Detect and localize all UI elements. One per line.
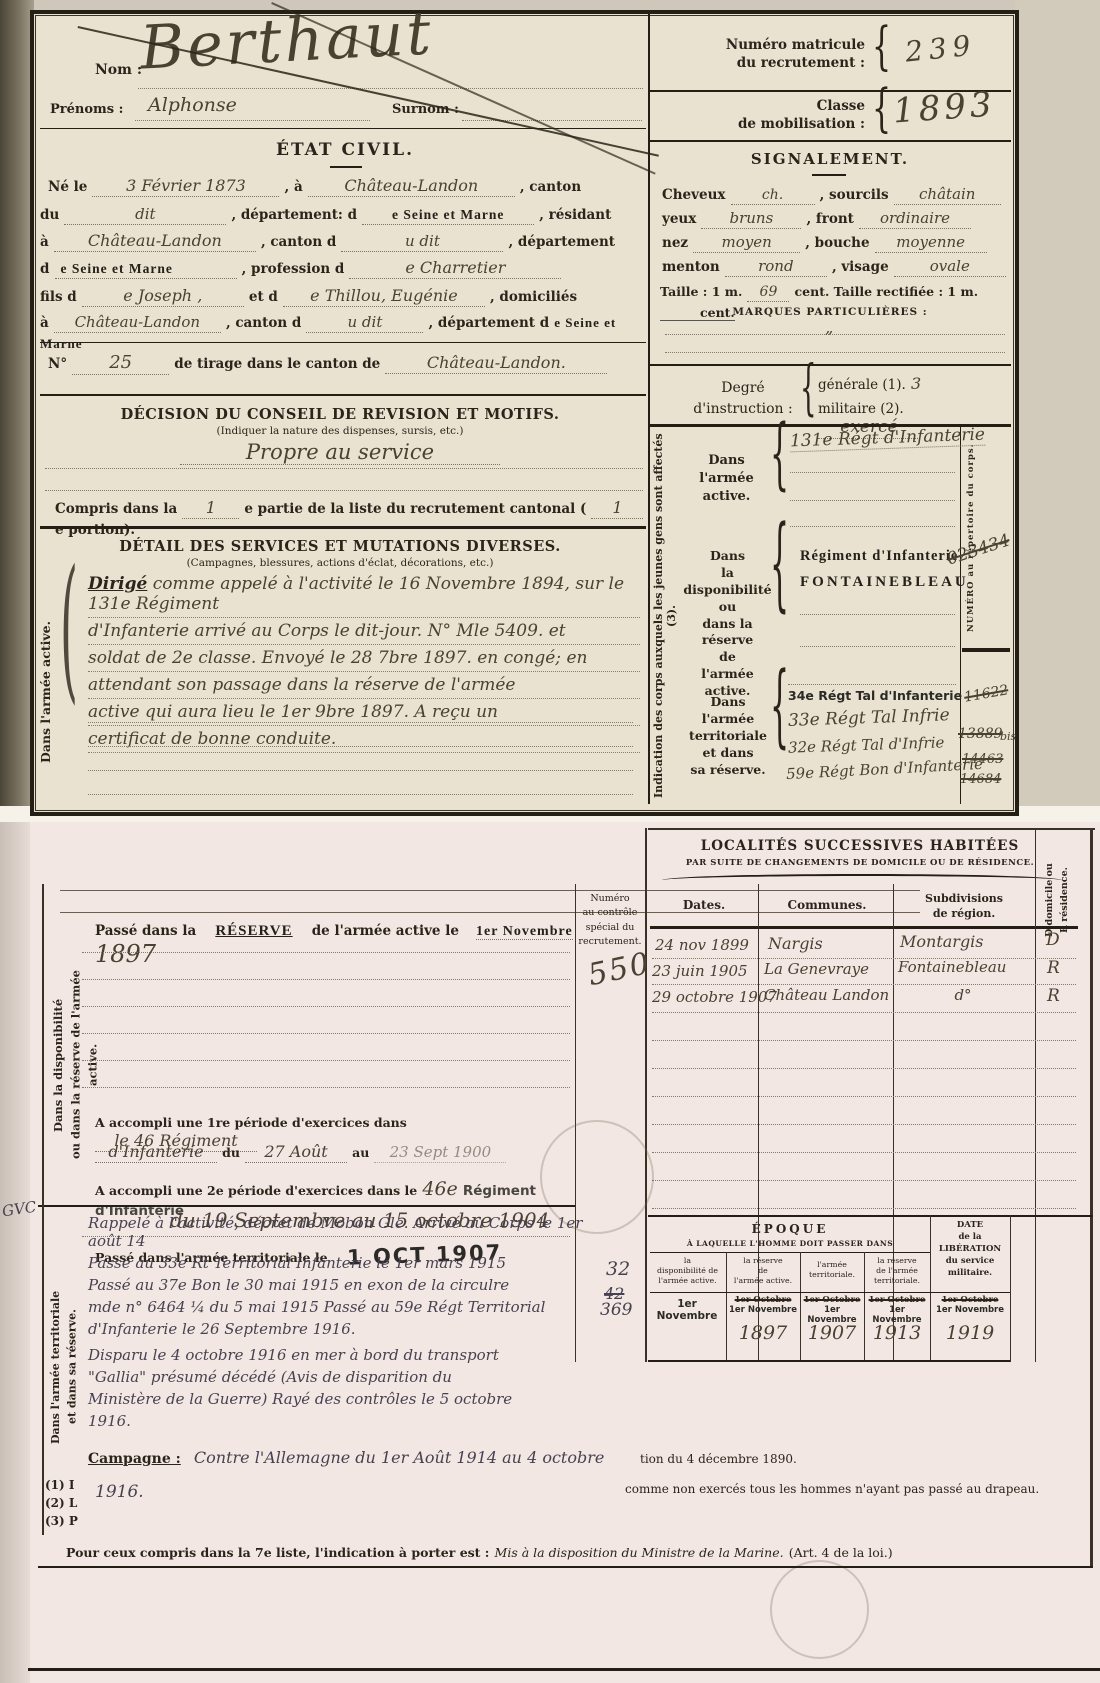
signalement-row-1: Cheveux ch. , sourcils châtain xyxy=(662,184,1010,205)
localites-title: LOCALITÉS SUCCESSIVES HABITÉES xyxy=(655,838,1065,854)
r2b: , front xyxy=(807,211,854,227)
res-dot-3 xyxy=(82,1006,570,1007)
loc-row2-dr: R xyxy=(1047,958,1060,978)
ep-col2-months: 1er Octobre 1er Novembre xyxy=(728,1295,798,1315)
g1-brace: { xyxy=(770,410,789,501)
postmark-2 xyxy=(770,1560,869,1659)
res-dot-1 xyxy=(82,952,570,953)
g3-label: Dans l'armée territoriale et dans sa rés… xyxy=(684,694,772,778)
loc-top-line xyxy=(648,828,1095,830)
marques-dot-1 xyxy=(665,334,1005,335)
p1h3: 27 Août xyxy=(245,1142,347,1163)
compris-a: Compris dans la xyxy=(55,501,177,517)
nom-underline xyxy=(138,88,643,89)
marques-dot-2 xyxy=(665,352,1005,353)
r3h: moyen xyxy=(693,233,800,253)
detail-title: DÉTAIL DES SERVICES ET MUTATIONS DIVERSE… xyxy=(70,538,610,555)
l3c: , département xyxy=(509,234,615,250)
l3h: Château-Landon xyxy=(54,231,256,252)
tirage-h: 25 xyxy=(72,352,169,375)
l4b: , profession d xyxy=(242,261,345,277)
degre-generale: générale (1). 3 xyxy=(818,374,1008,393)
r2h: bruns xyxy=(701,209,801,229)
r4h2: ovale xyxy=(894,257,1006,277)
ep-vline-4 xyxy=(930,1215,931,1362)
l1a: Né le xyxy=(48,179,87,195)
classe-rule xyxy=(650,140,1011,142)
terr-line-7: "Gallia" présumé décédé (Avis de dispari… xyxy=(88,1366,600,1388)
detail-lead: Dirigé xyxy=(88,574,147,594)
g2-label: Dans la disponibilité ou dans la réserve… xyxy=(680,548,775,700)
scan-edge-left-lower xyxy=(0,822,30,1683)
g3-num-2bis: bis xyxy=(1000,730,1016,743)
terr-side-num-1: 32 xyxy=(606,1258,630,1280)
g2-dot-1 xyxy=(800,614,955,615)
l6h2: u dit xyxy=(306,313,423,333)
ep-col1-month: 1er Novembre xyxy=(648,1298,726,1322)
g1-dot-2 xyxy=(790,500,955,501)
l2s: e Seine et Marne xyxy=(362,207,534,225)
surnom-underline xyxy=(462,120,642,121)
etat-civil-line-6: à Château-Landon , canton d u dit , dépa… xyxy=(40,312,646,352)
detail-text: Dirigé comme appelé à l'activité le 16 N… xyxy=(88,574,640,753)
l5h2: e Thillou, Eugénie xyxy=(283,286,485,307)
tirage-b: de tirage dans le canton de xyxy=(174,356,380,372)
footer-note-2: comme non exercés tous les hommes n'ayan… xyxy=(625,1482,1095,1496)
l5c: , domiciliés xyxy=(490,289,577,305)
detail-dot-4 xyxy=(88,794,633,795)
corps-numero-tick xyxy=(962,648,1010,652)
terr-line-4: mde n° 6464 ¼ du 5 mai 1915 Passé au 59e… xyxy=(88,1296,600,1318)
epoque-top-rule xyxy=(648,1215,1093,1217)
ep-col4-header: la réserve de l'armée territoriale. xyxy=(866,1256,928,1286)
passe-year: 1897 xyxy=(95,940,156,968)
corps-numero-divider xyxy=(960,427,961,804)
loc-dot-3 xyxy=(652,1012,1076,1013)
degre-g-value: 3 xyxy=(911,374,921,393)
localites-subtitle: PAR SUITE DE CHANGEMENTS DE DOMICILE OU … xyxy=(655,858,1065,868)
r1b: , sourcils xyxy=(820,187,889,203)
ep-col2-oct: 1er Octobre xyxy=(728,1295,798,1305)
passe-a: Passé dans la xyxy=(95,923,196,939)
compris-h2: 1 xyxy=(591,498,643,519)
signalement-row-4: menton rond , visage ovale xyxy=(662,256,1010,277)
terr-line-2: Passé au 33e Rt Territorial Infanterie l… xyxy=(88,1252,600,1274)
g2-dot-2 xyxy=(800,646,955,647)
terr-line-5: d'Infanterie le 26 Septembre 1916. xyxy=(88,1318,600,1340)
campagne-end: 1916. xyxy=(95,1482,144,1502)
g1-label: Dans l'armée active. xyxy=(684,452,769,507)
taille-a: Taille : 1 m. xyxy=(660,284,742,299)
detail-dot-2 xyxy=(88,746,633,747)
r1h: ch. xyxy=(731,187,815,205)
corps-margin-label: Indication des corps auxquels les jeunes… xyxy=(652,432,678,800)
loc-row1-dr: D xyxy=(1046,930,1060,950)
loc-dot-7 xyxy=(652,1124,1076,1125)
compris-line: Compris dans la 1 e partie de la liste d… xyxy=(55,498,645,538)
ep-year-1897: 1897 xyxy=(728,1322,798,1344)
g3-num-3: 14463 xyxy=(962,752,1003,767)
p1h2: d'Infanterie xyxy=(95,1142,217,1163)
scan-strip-right xyxy=(1015,0,1100,806)
document-page: Nom : Berthaut Prénoms : Alphonse Surnom… xyxy=(0,0,1100,1683)
matricule-label: Numéro matricule du recrutement : xyxy=(660,36,865,72)
classe-brace: { xyxy=(872,80,891,140)
terr-line-6: Disparu le 4 octobre 1916 en mer à bord … xyxy=(88,1340,600,1366)
classe-value: 1893 xyxy=(892,84,997,131)
etat-civil-line-3: à Château-Landon , canton d u dit , dépa… xyxy=(40,231,646,252)
p1a: A accompli une 1re période d'exercices d… xyxy=(95,1115,407,1130)
ep-col3-months: 1er Octobre 1er Novembre xyxy=(802,1295,862,1325)
etat-civil-underline xyxy=(330,166,362,168)
terr-top-rule xyxy=(38,1205,575,1207)
l5a: fils d xyxy=(40,289,77,305)
loc-row2-commune: La Genevraye xyxy=(764,960,869,978)
footnote-3: (3) P xyxy=(45,1514,78,1528)
ep-col3-oct: 1er Octobre xyxy=(802,1295,862,1305)
ep-col5-nov: 1er Novembre xyxy=(932,1305,1008,1315)
loc-dot-1 xyxy=(652,958,1076,959)
detail-line-1-text: comme appelé à l'activité le 16 Novembre… xyxy=(88,574,624,614)
scan-edge-left xyxy=(0,0,34,816)
prenoms-underline xyxy=(135,120,370,121)
p2a: A accompli une 2e période d'exercices da… xyxy=(95,1183,417,1198)
l1b: , à xyxy=(285,179,303,195)
terr-line-9: 1916. xyxy=(88,1410,600,1432)
l2a: du xyxy=(40,207,59,223)
detail-margin-label: Dans l'armée active. xyxy=(38,590,53,795)
passe-reserve-line: Passé dans la RÉSERVE de l'armée active … xyxy=(95,920,635,968)
r2a: yeux xyxy=(662,211,696,227)
g2-stamp-regiment: Régiment d'Infanterie xyxy=(800,548,958,565)
decision-subtitle: (Indiquer la nature des dispenses, sursi… xyxy=(70,425,610,437)
l1h: 3 Février 1873 xyxy=(92,176,279,197)
rule-degre-top xyxy=(650,364,1011,366)
etat-civil-line-5: fils d e Joseph , et d e Thillou, Eugéni… xyxy=(40,286,646,307)
terr-line-8: Ministère de la Guerre) Rayé des contrôl… xyxy=(88,1388,600,1410)
r1a: Cheveux xyxy=(662,187,725,203)
loc-header-rule xyxy=(650,926,1078,929)
compris-h1: 1 xyxy=(182,498,239,519)
l4s: e Seine et Marne xyxy=(55,261,237,279)
loc-row1-subdiv: Montargis xyxy=(900,932,984,951)
footer-final-c: (Art. 4 de la loi.) xyxy=(789,1545,893,1560)
etat-civil-title: ÉTAT CIVIL. xyxy=(200,140,490,160)
footer-final-line: Pour ceux compris dans la 7e liste, l'in… xyxy=(66,1542,1076,1561)
taille-h: 69 xyxy=(747,284,789,302)
l4a: d xyxy=(40,261,49,277)
ep-col5-oct: 1er Octobre xyxy=(932,1295,1008,1305)
g3-brace: { xyxy=(770,655,789,760)
l3b: , canton d xyxy=(261,234,336,250)
ep-year-1913: 1913 xyxy=(866,1322,928,1344)
etat-civil-line-4: d e Seine et Marne , profession d e Char… xyxy=(40,258,646,279)
bottom-rule-2 xyxy=(28,1668,1100,1671)
marques-mark: „ xyxy=(825,318,833,337)
ep-col1-header: la disponibilité de l'armée active. xyxy=(651,1256,724,1286)
footer-final-b: Mis à la disposition du Ministre de la M… xyxy=(495,1545,784,1560)
ep-vline-1 xyxy=(726,1252,727,1362)
ep-col5-months: 1er Octobre 1er Novembre xyxy=(932,1295,1008,1315)
l4h: e Charretier xyxy=(349,258,561,279)
epoque-header-rule xyxy=(650,1252,930,1253)
l2b: , département: d xyxy=(231,207,357,223)
detail-dot-3 xyxy=(88,770,633,771)
detail-line-3: soldat de 2e classe. Envoyé le 28 7bre 1… xyxy=(88,645,640,672)
terr-line-1: Rappelé à l'activité, décret de Mobon Gl… xyxy=(88,1212,600,1252)
loc-vline-2 xyxy=(893,884,894,1362)
etat-civil-line-2: du dit , département: d e Seine et Marne… xyxy=(40,204,646,225)
signalement-row-3: nez moyen , bouche moyenne xyxy=(662,232,1010,253)
epoque-subtitle: À LAQUELLE L'HOMME DOIT PASSER DANS xyxy=(650,1239,930,1248)
detail-subtitle: (Campagnes, blessures, actions d'éclat, … xyxy=(70,557,610,569)
r1h2: châtain xyxy=(894,185,1001,205)
epoque-title: ÉPOQUE xyxy=(650,1222,930,1236)
g1-dot-1 xyxy=(790,472,955,473)
res-dot-4 xyxy=(82,1033,570,1034)
g3-num-4: 14684 xyxy=(960,772,1001,787)
loc-vline-3 xyxy=(1035,828,1036,1362)
res-dot-6 xyxy=(82,1087,570,1088)
detail-line-2: d'Infanterie arrivé au Corps le dit-jour… xyxy=(88,618,640,645)
reserve-rule-1 xyxy=(60,890,920,891)
ep-col2-nov: 1er Novembre xyxy=(728,1305,798,1315)
loc-dot-4 xyxy=(652,1040,1076,1041)
ep-vline-2 xyxy=(800,1252,801,1362)
signalement-row-2: yeux bruns , front ordinaire xyxy=(662,208,1010,229)
controle-label: Numéro au contrôle spécial du recrutemen… xyxy=(577,892,643,949)
signalement-underline xyxy=(812,174,846,176)
loc-row3-commune: Château Landon xyxy=(764,986,889,1004)
g1-dot-3 xyxy=(790,526,955,527)
footnote-2: (2) L xyxy=(45,1496,77,1510)
l3h2: u dit xyxy=(341,232,503,252)
campagne-text: Contre l'Allemagne du 1er Août 1914 au 4… xyxy=(194,1448,604,1467)
epoque-date-title: DATE de la LIBÉRATION du service militai… xyxy=(932,1220,1008,1279)
ep-year-1907: 1907 xyxy=(802,1322,862,1344)
campagne-label: Campagne : xyxy=(88,1451,181,1467)
detail-dot-1 xyxy=(88,722,633,723)
loc-row3-subdiv: d° xyxy=(898,986,1028,1004)
g3-num-2: 13889 xyxy=(958,726,1003,742)
detail-line-6: certificat de bonne conduite. xyxy=(88,726,640,753)
r3b: , bouche xyxy=(805,235,869,251)
footnote-1: (1) I xyxy=(45,1478,75,1492)
loc-dot-8 xyxy=(652,1152,1076,1153)
detail-line-4: attendant son passage dans la réserve de… xyxy=(88,672,640,699)
r3a: nez xyxy=(662,235,688,251)
degre-brace: { xyxy=(800,355,817,424)
degre-g-label: générale (1). xyxy=(818,377,906,393)
taille-b: cent. Taille rectifiée : 1 m. xyxy=(795,284,979,299)
bottom-rule-1 xyxy=(38,1566,1093,1568)
loc-row1-commune: Nargis xyxy=(768,934,823,953)
epoque-mid-rule xyxy=(650,1292,1010,1293)
l6h: Château-Landon xyxy=(54,313,221,333)
compris-b: e partie de la liste du recrutement cant… xyxy=(244,501,586,517)
sheet-right-line xyxy=(1090,828,1093,1568)
degre-m-label: militaire (2). xyxy=(818,401,904,417)
matricule-brace: { xyxy=(872,18,891,78)
corps-numero-label: NUMÉRO au répertoire du corps. xyxy=(966,438,976,638)
ep-year-1919: 1919 xyxy=(932,1322,1008,1344)
loc-row1-date: 24 nov 1899 xyxy=(655,936,749,954)
nom-label: Nom : xyxy=(95,62,142,78)
terr-text: Rappelé à l'activité, décret de Mobon Gl… xyxy=(88,1212,600,1432)
l6a: à xyxy=(40,315,49,331)
detail-line-1: Dirigé comme appelé à l'activité le 16 N… xyxy=(88,574,640,618)
rule-detail-top xyxy=(40,526,646,529)
marques-label: MARQUES PARTICULIÈRES : xyxy=(700,306,960,318)
l2c: , résidant xyxy=(539,207,611,223)
epoque-bottom-rule xyxy=(648,1360,1010,1362)
decision-dot-2 xyxy=(45,490,643,491)
detail-paren: ( xyxy=(60,535,78,719)
l1c: , canton xyxy=(520,179,581,195)
campagne-line: Campagne : Contre l'Allemagne du 1er Aoû… xyxy=(88,1448,628,1467)
center-divider xyxy=(648,14,650,804)
tirage-h2: Château-Landon. xyxy=(385,353,607,374)
passe-stamp-date: 1er Novembre xyxy=(476,924,573,940)
loc-dot-2 xyxy=(652,984,1076,985)
classe-label: Classe de mobilisation : xyxy=(660,97,865,133)
g3-entry-1: 34e Régt Tal d'Infanterie xyxy=(788,688,962,703)
p1h4: 23 Sept 1900 xyxy=(374,1143,506,1163)
l3a: à xyxy=(40,234,49,250)
terr-margin-label: Dans l'armée territoriale et dans sa rés… xyxy=(48,1232,81,1502)
loc-row3-dr: R xyxy=(1047,986,1060,1006)
l6b: , canton d xyxy=(226,315,301,331)
col-subdivisions: Subdivisions de région. xyxy=(896,892,1032,922)
passe-b: de l'armée active le xyxy=(312,923,459,939)
r4a: menton xyxy=(662,259,720,275)
tirage-line: N° 25 de tirage dans le canton de Châtea… xyxy=(48,352,646,375)
l5h: e Joseph , xyxy=(82,286,244,307)
loc-row2-subdiv: Fontainebleau xyxy=(898,958,1006,976)
ep-vline-5 xyxy=(1010,1215,1011,1362)
rule-decision-top xyxy=(40,394,646,396)
decision-dot-1 xyxy=(45,468,643,469)
res-dot-2 xyxy=(82,979,570,980)
ep-col4-months: 1er Octobre 1er Novembre xyxy=(866,1295,928,1325)
decision-value: Propre au service xyxy=(180,440,500,465)
prenoms-value: Alphonse xyxy=(148,94,237,116)
decision-title: DÉCISION DU CONSEIL DE REVISION ET MOTIF… xyxy=(70,406,610,423)
g2-stamp-fontainebleau: FONTAINEBLEAU xyxy=(800,574,969,591)
ep-vline-3 xyxy=(864,1252,865,1362)
footer-note-1: tion du 4 décembre 1890. xyxy=(640,1452,1090,1466)
res-dot-5 xyxy=(82,1060,570,1061)
reserve-left-line xyxy=(42,884,44,1206)
loc-dot-5 xyxy=(652,1068,1076,1069)
reserve-margin-label: Dans la disponibilité ou dans la réserve… xyxy=(50,950,102,1180)
ep-col3-header: l'armée territoriale. xyxy=(802,1260,862,1280)
localites-flourish xyxy=(662,874,1062,881)
signalement-title: SIGNALEMENT. xyxy=(700,150,960,168)
prenoms-label: Prénoms : xyxy=(50,102,123,117)
loc-row3-date: 29 octobre 1907 xyxy=(652,988,777,1006)
g3-dot-top xyxy=(788,684,956,685)
loc-vline-1 xyxy=(758,884,759,1362)
ep-col2-header: la réserve de l'armée active. xyxy=(728,1256,798,1286)
loc-dot-10 xyxy=(652,1208,1076,1209)
l6c: , département d xyxy=(429,315,550,331)
footer-final-a: Pour ceux compris dans la 7e liste, l'in… xyxy=(66,1545,489,1560)
terr-left-line xyxy=(42,1205,44,1535)
reserve-rule-2 xyxy=(60,912,920,913)
tirage-a: N° xyxy=(48,356,67,372)
loc-row2-date: 23 juin 1905 xyxy=(652,962,748,980)
loc-dot-9 xyxy=(652,1180,1076,1181)
loc-dot-6 xyxy=(652,1096,1076,1097)
l1h2: Château-Landon xyxy=(308,176,515,197)
r2h2: ordinaire xyxy=(859,209,971,229)
etat-civil-line-1: Né le 3 Février 1873 , à Château-Landon … xyxy=(48,176,646,197)
r4h: rond xyxy=(725,257,827,277)
r4b: , visage xyxy=(832,259,889,275)
l2h: dit xyxy=(64,205,226,225)
col-dates: Dates. xyxy=(650,898,758,912)
p1b: du xyxy=(222,1145,240,1160)
terr-line-3: Passé au 37e Bon le 30 mai 1915 en exon … xyxy=(88,1274,600,1296)
rule-tirage-top xyxy=(40,342,646,343)
col-communes: Communes. xyxy=(762,898,892,912)
ep-col4-oct: 1er Octobre xyxy=(866,1295,928,1305)
terr-side-num-3: 369 xyxy=(600,1300,632,1320)
passe-stamp-reserve: RÉSERVE xyxy=(215,923,292,939)
periode1-line2: d'Infanterie du 27 Août au 23 Sept 1900 xyxy=(95,1142,573,1163)
l5b: et d xyxy=(249,289,278,305)
controle-col-right xyxy=(645,828,647,1362)
p2s: 46e xyxy=(422,1178,457,1200)
r3h2: moyenne xyxy=(875,233,987,253)
p1c: au xyxy=(352,1145,369,1160)
